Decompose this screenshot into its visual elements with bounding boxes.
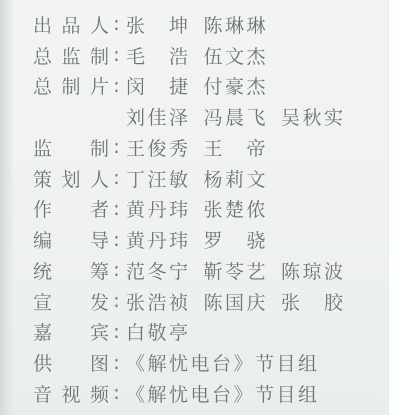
person-name: 吴秋实 (281, 103, 346, 130)
colon-separator: : (110, 321, 123, 343)
colon-separator: : (110, 382, 123, 404)
role-label: 策划人 (33, 165, 109, 192)
left-edge-shading (0, 0, 14, 415)
credit-row: 作者: 黄丹玮 张楚侬 (33, 194, 359, 225)
credits-list: 出品人: 张 坤 陈琳琳 总监制: 毛 浩 伍文杰 总制片: 闵 捷 付豪杰 (33, 9, 359, 409)
person-name: 陈琳琳 (204, 11, 269, 38)
colon-separator: : (110, 44, 123, 66)
colon-separator: : (110, 13, 123, 35)
person-name: 杨莉文 (204, 165, 269, 192)
credit-row: 音视频: 《解忧电台》节目组 (33, 378, 359, 409)
person-name: 丁汪敏 (126, 165, 191, 192)
person-name: 刘佳泽 (126, 103, 191, 130)
credit-row: 总制片: 闵 捷 付豪杰 (33, 71, 359, 102)
colon-separator: : (110, 198, 123, 220)
person-name: 罗 骁 (204, 226, 269, 253)
names-group: 《解忧电台》节目组 (126, 349, 333, 376)
person-name: 靳苓艺 (204, 257, 269, 284)
names-group: 白敬亭 (126, 318, 204, 345)
person-name: 陈琼波 (281, 257, 346, 284)
role-label: 宣发 (33, 288, 109, 315)
person-name: 黄丹玮 (126, 195, 191, 222)
role-label: 编导 (33, 226, 109, 253)
person-name: 白敬亭 (126, 318, 191, 345)
colon-separator: : (110, 167, 123, 189)
person-name: 陈国庆 (204, 288, 269, 315)
credit-row: 总监制: 毛 浩 伍文杰 (33, 40, 359, 71)
person-name: 张浩祯 (126, 288, 191, 315)
person-name: 付豪杰 (204, 72, 269, 99)
person-name: 张 胶 (281, 288, 346, 315)
role-label: 监制 (33, 134, 109, 161)
credit-row: 嘉宾: 白敬亭 (33, 317, 359, 348)
person-name: 伍文杰 (204, 42, 269, 69)
role-label: 供图 (33, 349, 109, 376)
names-group: 闵 捷 付豪杰 (126, 72, 294, 99)
names-group: 毛 浩 伍文杰 (126, 42, 294, 69)
role-label: 嘉宾 (33, 318, 109, 345)
names-group: 范冬宁 靳苓艺 陈琼波 (126, 257, 359, 284)
credit-row: 策划人: 丁汪敏 杨莉文 (33, 163, 359, 194)
person-name: 闵 捷 (126, 72, 191, 99)
colon-separator: : (110, 290, 123, 312)
colon-separator: : (110, 352, 123, 374)
names-group: 《解忧电台》节目组 (126, 380, 333, 407)
role-label: 总制片 (33, 72, 109, 99)
person-name: 王 帝 (204, 134, 269, 161)
names-group: 张浩祯 陈国庆 张 胶 (126, 288, 359, 315)
role-label: 音视频 (33, 380, 109, 407)
role-label: 统筹 (33, 257, 109, 284)
names-group: 丁汪敏 杨莉文 (126, 165, 294, 192)
person-name: 黄丹玮 (126, 226, 191, 253)
names-group: 刘佳泽 冯晨飞 吴秋实 (126, 103, 359, 130)
role-label: 出品人 (33, 11, 109, 38)
person-name: 范冬宁 (126, 257, 191, 284)
credit-row: 统筹: 范冬宁 靳苓艺 陈琼波 (33, 255, 359, 286)
credit-row: 供图: 《解忧电台》节目组 (33, 347, 359, 378)
person-name: 冯晨飞 (204, 103, 269, 130)
credit-row: 编导: 黄丹玮 罗 骁 (33, 224, 359, 255)
person-name: 王俊秀 (126, 134, 191, 161)
person-name: 毛 浩 (126, 42, 191, 69)
credit-source: 《解忧电台》节目组 (126, 380, 320, 407)
credit-row: 宣发: 张浩祯 陈国庆 张 胶 (33, 286, 359, 317)
person-name: 张楚侬 (204, 195, 269, 222)
person-name: 张 坤 (126, 11, 191, 38)
colon-separator: : (110, 259, 123, 281)
names-group: 黄丹玮 罗 骁 (126, 226, 294, 253)
role-label: 总监制 (33, 42, 109, 69)
colon-separator: : (110, 75, 123, 97)
credit-source: 《解忧电台》节目组 (126, 349, 320, 376)
credits-page: 出品人: 张 坤 陈琳琳 总监制: 毛 浩 伍文杰 总制片: 闵 捷 付豪杰 (0, 0, 400, 415)
credit-row: 出品人: 张 坤 陈琳琳 (33, 9, 359, 40)
role-label: 作者 (33, 195, 109, 222)
colon-separator: : (110, 136, 123, 158)
names-group: 黄丹玮 张楚侬 (126, 195, 294, 222)
names-group: 张 坤 陈琳琳 (126, 11, 294, 38)
right-edge-strip (388, 0, 400, 415)
colon-separator: : (110, 229, 123, 251)
credit-row: 监制: 王俊秀 王 帝 (33, 132, 359, 163)
names-group: 王俊秀 王 帝 (126, 134, 294, 161)
credit-row-continuation: 刘佳泽 冯晨飞 吴秋实 (33, 101, 359, 132)
